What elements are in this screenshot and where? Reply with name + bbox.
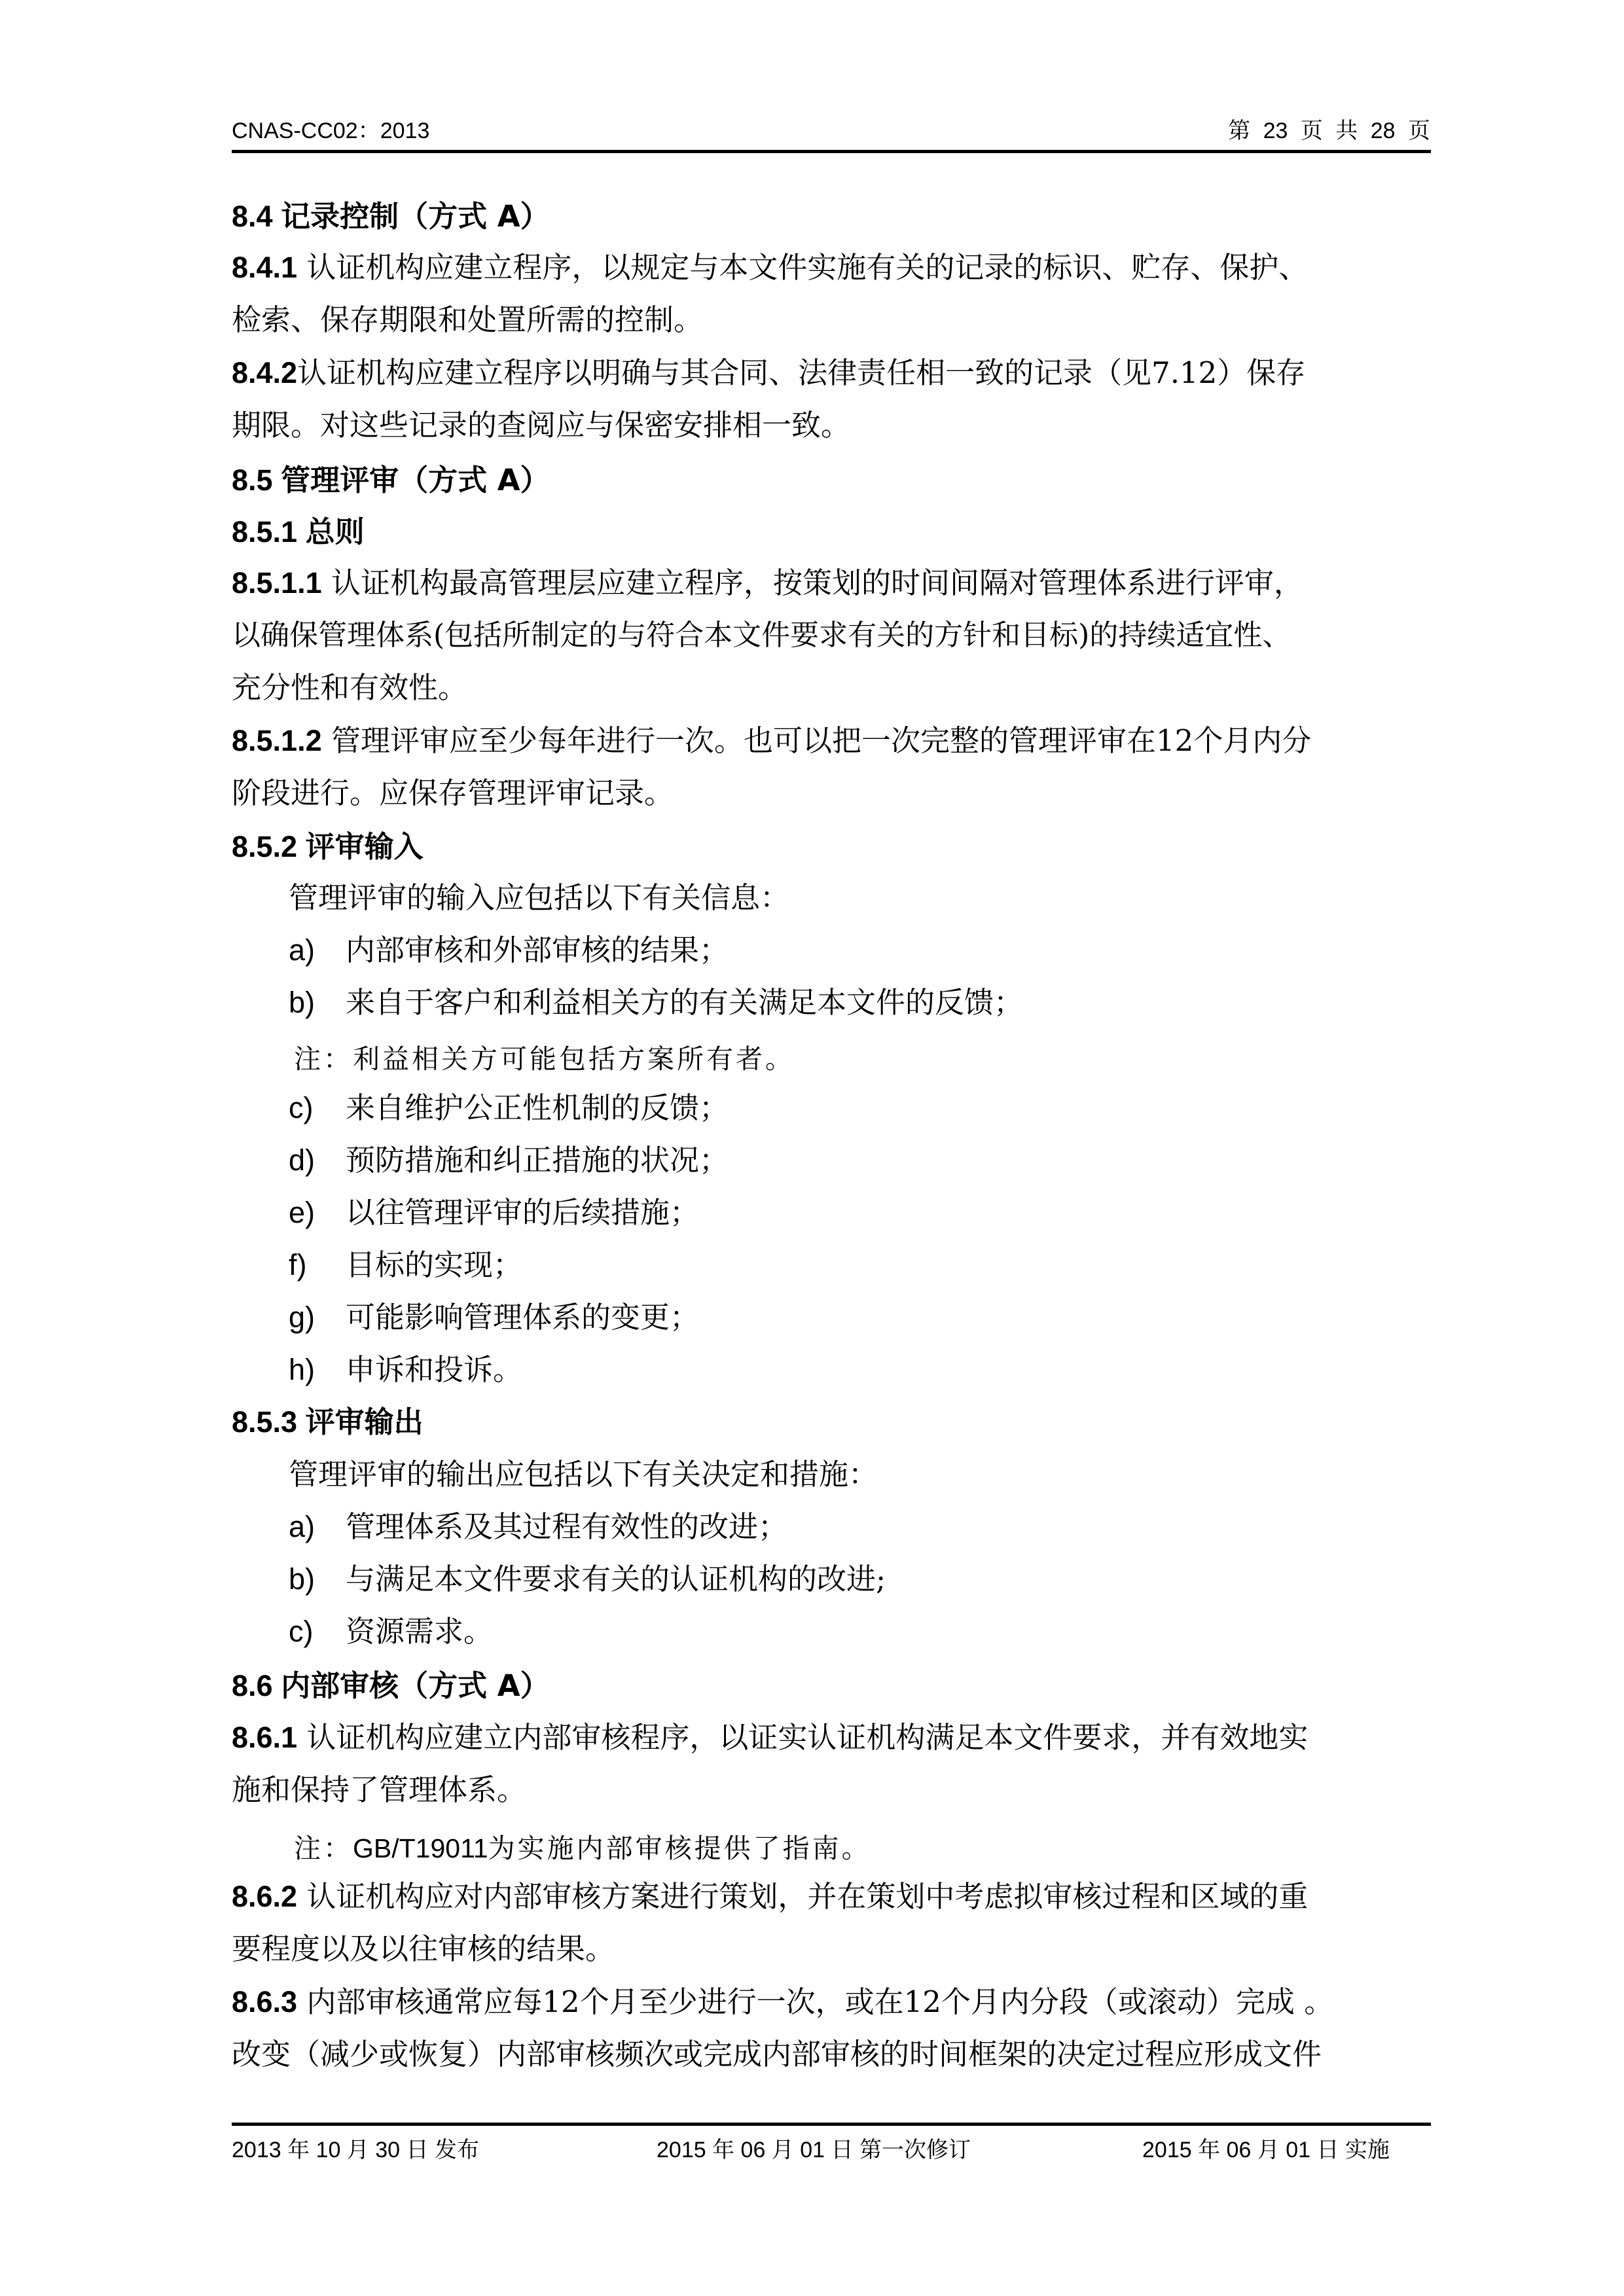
list-text: 可能影响管理体系的变更； — [346, 1300, 699, 1335]
paragraph-text: 认证机构应建立程序，以规定与本文件实施有关的记录的标识、贮存、保护、 — [306, 250, 1308, 285]
list-marker: c) — [289, 1613, 346, 1650]
list-text: 内部审核和外部审核的结果； — [346, 933, 729, 967]
review-output-intro: 管理评审的输出应包括以下有关决定和措施： — [289, 1456, 878, 1493]
standard-code: GB/T19011 — [353, 1833, 488, 1863]
list-text: 管理体系及其过程有效性的改进； — [346, 1509, 787, 1544]
header-divider — [232, 150, 1431, 153]
clause-number: 8.6.3 — [232, 1985, 297, 2018]
clause-number: 8.6.2 — [232, 1880, 297, 1913]
paragraph-text: 内部审核通常应每12个月至少进行一次，或在12个月内分段（或滚动）完成 。 — [306, 1984, 1333, 2019]
publish-date: 2013 年 10 月 30 日 发布 — [232, 2136, 479, 2164]
review-input-intro: 管理评审的输入应包括以下有关信息： — [289, 880, 789, 916]
list-marker: f) — [289, 1247, 346, 1283]
document-page: CNAS-CC02：2013 第 23 页 共 28 页 8.4 记录控制（方式… — [0, 0, 1624, 2296]
section-heading-8-4: 8.4 记录控制（方式 A） — [232, 198, 550, 235]
section-number: 8.5.1 — [232, 515, 297, 548]
paragraph-8-4-2: 8.4.2认证机构应建立程序以明确与其合同、法律责任相一致的记录（见7.12）保… — [232, 355, 1305, 391]
section-title: 评审输出 — [306, 1405, 424, 1439]
paragraph-text: 认证机构最高管理层应建立程序，按策划的时间间隔对管理体系进行评审， — [331, 565, 1303, 600]
section-heading-8-5: 8.5 管理评审（方式 A） — [232, 462, 550, 499]
clause-number: 8.5.1.1 — [232, 566, 322, 600]
section-title: 评审输入 — [306, 829, 424, 864]
note-text: 为实施内部审核提供了指南。 — [488, 1833, 871, 1864]
list-text: 申诉和投诉。 — [346, 1352, 522, 1387]
paragraph-text: 认证机构应建立程序以明确与其合同、法律责任相一致的记录（见7.12）保存 — [297, 355, 1305, 390]
note-gbt19011: 注：GB/T19011为实施内部审核提供了指南。 — [294, 1830, 871, 1867]
clause-number: 8.4.2 — [232, 356, 297, 389]
paragraph-8-5-1-1-cont2: 充分性和有效性。 — [232, 670, 467, 706]
list-text: 预防措施和纠正措施的状况； — [346, 1143, 729, 1177]
list-item: c)资源需求。 — [289, 1613, 493, 1650]
clause-number: 8.5.1.2 — [232, 724, 322, 757]
list-marker: a) — [289, 1509, 346, 1545]
paragraph-8-6-2-cont: 要程度以及以往审核的结果。 — [232, 1931, 615, 1967]
list-marker: g) — [289, 1299, 346, 1336]
paragraph-8-5-1-2-cont: 阶段进行。应保存管理评审记录。 — [232, 775, 674, 812]
list-item: g)可能影响管理体系的变更； — [289, 1299, 699, 1336]
document-id: CNAS-CC02：2013 — [232, 117, 429, 145]
section-heading-8-5-3: 8.5.3 评审输出 — [232, 1404, 424, 1441]
list-item: f)目标的实现； — [289, 1247, 522, 1283]
list-item: b)来自于客户和利益相关方的有关满足本文件的反馈； — [289, 984, 1023, 1021]
list-text: 目标的实现； — [346, 1247, 522, 1282]
section-heading-8-6: 8.6 内部审核（方式 A） — [232, 1668, 550, 1704]
note-prefix: 注： — [294, 1833, 353, 1864]
section-number: 8.5.3 — [232, 1405, 297, 1439]
list-text: 资源需求。 — [346, 1614, 493, 1649]
note-stakeholders: 注：利益相关方可能包括方案所有者。 — [294, 1041, 795, 1077]
list-item: d)预防措施和纠正措施的状况； — [289, 1142, 729, 1179]
section-title: 记录控制（方式 A） — [281, 199, 550, 234]
paragraph-text: 认证机构应建立内部审核程序，以证实认证机构满足本文件要求，并有效地实 — [306, 1720, 1308, 1755]
paragraph-8-6-2: 8.6.2 认证机构应对内部审核方案进行策划，并在策划中考虑拟审核过程和区域的重 — [232, 1878, 1308, 1915]
paragraph-8-4-1: 8.4.1 认证机构应建立程序，以规定与本文件实施有关的记录的标识、贮存、保护、 — [232, 249, 1308, 286]
list-text: 来自于客户和利益相关方的有关满足本文件的反馈； — [346, 985, 1023, 1020]
list-text: 以往管理评审的后续措施； — [346, 1195, 699, 1230]
paragraph-8-5-1-2: 8.5.1.2 管理评审应至少每年进行一次。也可以把一次完整的管理评审在12个月… — [232, 723, 1311, 759]
list-marker: b) — [289, 984, 346, 1021]
paragraph-text: 认证机构应对内部审核方案进行策划，并在策划中考虑拟审核过程和区域的重 — [306, 1879, 1308, 1914]
section-number: 8.4 — [232, 200, 273, 233]
list-item: a)内部审核和外部审核的结果； — [289, 932, 729, 969]
section-title: 内部审核（方式 A） — [281, 1668, 550, 1703]
list-marker: h) — [289, 1352, 346, 1388]
section-number: 8.5 — [232, 463, 273, 497]
paragraph-8-4-2-cont: 期限。对这些记录的查阅应与保密安排相一致。 — [232, 407, 850, 444]
section-number: 8.5.2 — [232, 830, 297, 863]
section-heading-8-5-2: 8.5.2 评审输入 — [232, 829, 424, 865]
paragraph-8-6-1-cont: 施和保持了管理体系。 — [232, 1772, 526, 1808]
paragraph-8-5-1-1: 8.5.1.1 认证机构最高管理层应建立程序，按策划的时间间隔对管理体系进行评审… — [232, 565, 1303, 601]
section-heading-8-5-1: 8.5.1 总则 — [232, 514, 365, 550]
list-item: e)以往管理评审的后续措施； — [289, 1194, 699, 1231]
list-item: b)与满足本文件要求有关的认证机构的改进; — [289, 1561, 886, 1598]
list-text: 与满足本文件要求有关的认证机构的改进; — [346, 1562, 886, 1596]
page-number: 第 23 页 共 28 页 — [1228, 117, 1430, 145]
list-marker: a) — [289, 932, 346, 969]
section-title: 管理评审（方式 A） — [281, 463, 550, 497]
paragraph-8-5-1-1-cont: 以确保管理体系(包括所制定的与符合本文件要求有关的方针和目标)的持续适宜性、 — [232, 617, 1291, 654]
section-number: 8.6 — [232, 1669, 273, 1702]
list-item: c)来自维护公正性机制的反馈； — [289, 1090, 729, 1126]
paragraph-8-6-3: 8.6.3 内部审核通常应每12个月至少进行一次，或在12个月内分段（或滚动）完… — [232, 1984, 1333, 2020]
paragraph-8-6-1: 8.6.1 认证机构应建立内部审核程序，以证实认证机构满足本文件要求，并有效地实 — [232, 1719, 1308, 1756]
list-marker: e) — [289, 1194, 346, 1231]
list-item: a)管理体系及其过程有效性的改进； — [289, 1509, 787, 1545]
paragraph-8-4-1-cont: 检索、保存期限和处置所需的控制。 — [232, 302, 703, 338]
list-marker: b) — [289, 1561, 346, 1598]
paragraph-8-6-3-cont: 改变（减少或恢复）内部审核频次或完成内部审核的时间框架的决定过程应形成文件 — [232, 2036, 1322, 2073]
footer-divider — [232, 2123, 1431, 2126]
list-text: 来自维护公正性机制的反馈； — [346, 1090, 729, 1125]
clause-number: 8.4.1 — [232, 251, 297, 284]
section-title: 总则 — [306, 514, 365, 549]
list-marker: c) — [289, 1090, 346, 1126]
clause-number: 8.6.1 — [232, 1721, 297, 1754]
list-item: h)申诉和投诉。 — [289, 1352, 522, 1388]
paragraph-text: 管理评审应至少每年进行一次。也可以把一次完整的管理评审在12个月内分 — [331, 723, 1311, 758]
effective-date: 2015 年 06 月 01 日 实施 — [1142, 2136, 1390, 2164]
list-marker: d) — [289, 1142, 346, 1179]
revision-date: 2015 年 06 月 01 日 第一次修订 — [657, 2136, 971, 2164]
